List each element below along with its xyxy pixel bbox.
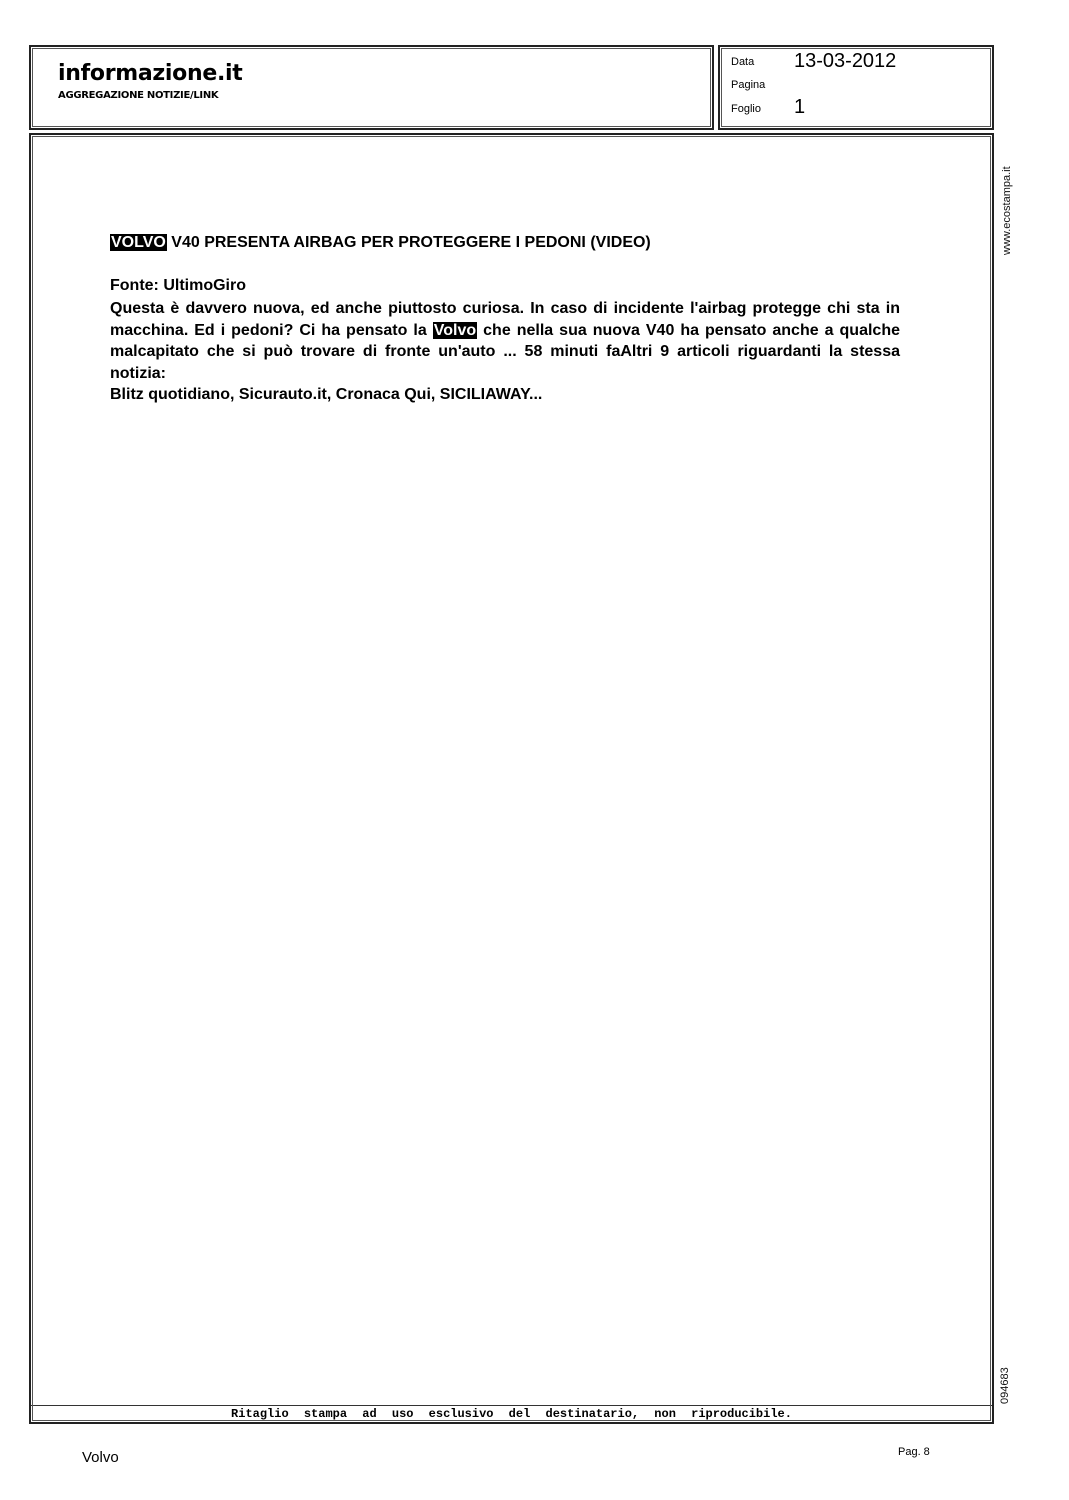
page-number: Pag. 8 xyxy=(898,1446,930,1458)
date-label: Data xyxy=(731,56,754,68)
publication-header: informazione.it AGGREGAZIONE NOTIZIE/LIN… xyxy=(29,45,714,130)
body-keyword-highlight: Volvo xyxy=(433,322,477,339)
side-url-text: www.ecostampa.it xyxy=(1001,166,1013,255)
sheet-value: 1 xyxy=(794,96,805,119)
article-clipping: VOLVO V40 PRESENTA AIRBAG PER PROTEGGERE… xyxy=(29,133,994,1424)
brand-title: informazione.it xyxy=(58,61,242,86)
brand-subtitle: AGGREGAZIONE NOTIZIE/LINK xyxy=(58,90,218,101)
page-keyword: Volvo xyxy=(82,1449,119,1466)
sheet-label: Foglio xyxy=(731,103,761,115)
footer-divider xyxy=(31,1405,992,1406)
date-value: 13-03-2012 xyxy=(794,50,896,73)
related-sources: Blitz quotidiano, Sicurauto.it, Cronaca … xyxy=(110,386,542,403)
side-code-text: 094683 xyxy=(999,1367,1011,1404)
page-label: Pagina xyxy=(731,79,765,91)
article-headline: VOLVO V40 PRESENTA AIRBAG PER PROTEGGERE… xyxy=(110,234,900,252)
headline-text: V40 PRESENTA AIRBAG PER PROTEGGERE I PED… xyxy=(167,234,651,251)
metadata-panel: Data 13-03-2012 Pagina Foglio 1 xyxy=(718,45,994,130)
article-source: Fonte: UltimoGiro xyxy=(110,277,900,295)
headline-keyword-highlight: VOLVO xyxy=(110,234,167,251)
article-body: Questa è davvero nuova, ed anche piuttos… xyxy=(110,298,900,406)
disclaimer-text: Ritaglio stampa ad uso esclusivo del des… xyxy=(31,1407,992,1421)
